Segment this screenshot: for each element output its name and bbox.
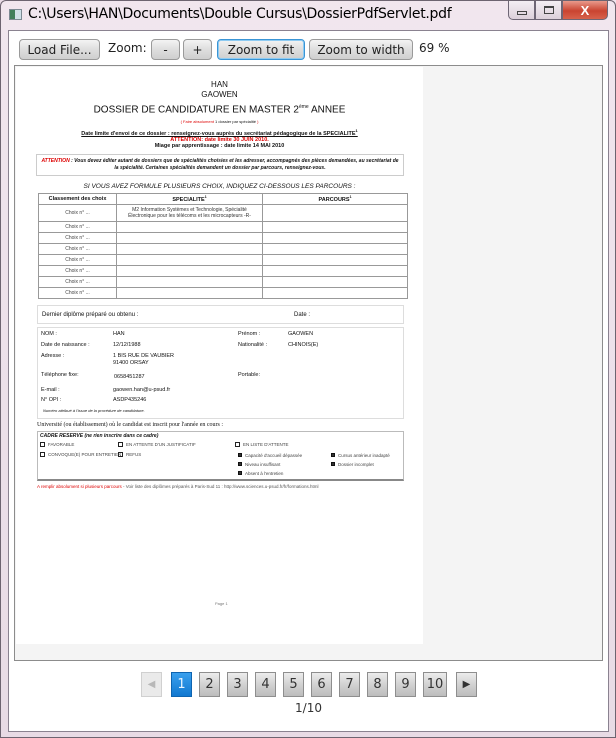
page-button-8[interactable]: 8 (367, 672, 388, 697)
col-header-sup: 1 (205, 195, 207, 199)
opi-note: Numéro attribué à l'issue de la procédur… (43, 408, 145, 413)
speciality-cell (117, 243, 263, 254)
email-value: gaowen.han@u-psud.fr (113, 387, 170, 393)
load-file-button[interactable]: Load File... (19, 39, 100, 60)
speciality-cell (117, 276, 263, 287)
doc-last-name: HAN (16, 80, 423, 90)
page-button-7[interactable]: 7 (339, 672, 360, 697)
zoom-label: Zoom: (108, 41, 147, 55)
page-button-2[interactable]: 2 (199, 672, 220, 697)
reason-label: Dossier incomplet (338, 462, 374, 467)
zoom-to-fit-button[interactable]: Zoom to fit (217, 39, 305, 60)
dob-label: Date de naissance : (41, 342, 90, 348)
doc-title: DOSSIER DE CANDIDATURE EN MASTER 2ème AN… (16, 101, 423, 116)
zoom-out-button[interactable]: - (151, 39, 180, 60)
page-button-3[interactable]: 3 (227, 672, 248, 697)
speciality-cell (117, 265, 263, 276)
table-row: Choix n° ... (39, 232, 408, 243)
reason-level: Niveau insuffisant (238, 462, 280, 467)
checkbox-icon (40, 442, 45, 447)
option-label: CONVOQUE(E) POUR ENTRETIEN (48, 452, 121, 457)
app-icon (9, 9, 22, 20)
rank-cell: Choix n° ... (39, 204, 117, 221)
checkbox-icon (238, 462, 242, 466)
pdf-page: HAN GAOWEN DOSSIER DE CANDIDATURE EN MAS… (16, 67, 423, 644)
address-line2: 91400 ORSAY (113, 360, 149, 366)
page-button-9[interactable]: 9 (395, 672, 416, 697)
pagination: ◀ 12345678910 ▶ 1/10 (9, 672, 608, 702)
parcours-cell (263, 232, 408, 243)
option-label: EN LISTE D'ATTENTE (243, 442, 289, 447)
reserved-box: CADRE RESERVE (ne rien inscrire dans ce … (37, 431, 404, 481)
table-row: Choix n° ... (39, 276, 408, 287)
option-label: EN ATTENTE D'UN JUSTIFICATIF (126, 442, 196, 447)
reason-absent: Absent à l'entretien (238, 471, 283, 476)
phone-value: 0658451287 (114, 374, 145, 380)
parcours-cell (263, 276, 408, 287)
university-label: Université (ou établissement) où le cand… (37, 422, 423, 428)
prev-arrow-icon: ◀ (148, 679, 156, 690)
diploma-date-label: Date : (294, 312, 310, 318)
nationality-value: CHINOIS(E) (288, 342, 318, 348)
speciality-cell (117, 287, 263, 298)
option-label: REFUS (126, 452, 141, 457)
parcours-cell (263, 254, 408, 265)
speciality-cell: M2 Information Systèmes et Technologie, … (117, 204, 263, 221)
nom-label: NOM : (41, 331, 57, 337)
minimize-icon (517, 11, 527, 15)
parcours-cell (263, 243, 408, 254)
parcours-cell (263, 287, 408, 298)
reason-capacity: Capacité d'accueil dépassée (238, 453, 302, 458)
col-header-speciality-text: SPECIALITE (172, 197, 204, 203)
pdf-viewer[interactable]: HAN GAOWEN DOSSIER DE CANDIDATURE EN MAS… (14, 65, 603, 661)
reason-label: Niveau insuffisant (245, 462, 280, 467)
close-icon: X (581, 3, 590, 18)
speciality-cell (117, 232, 263, 243)
col-header-rank: Classement des choix (39, 194, 117, 205)
checkbox-icon (118, 452, 123, 457)
option-waiting-list: EN LISTE D'ATTENTE (235, 442, 289, 447)
address-line1: 1 BIS RUE DE VAUBIER (113, 353, 174, 359)
attention-label: ATTENTION (41, 158, 69, 164)
doc-title-end: ANNEE (309, 104, 346, 115)
prev-page-button[interactable]: ◀ (141, 672, 162, 697)
checkbox-icon (331, 453, 335, 457)
footnote: A remplir absolument si plusieurs parcou… (37, 484, 423, 489)
page-indicator: 1/10 (9, 701, 608, 715)
rank-cell: Choix n° ... (39, 221, 117, 232)
page-button-1[interactable]: 1 (171, 672, 192, 697)
checkbox-icon (238, 453, 242, 457)
reason-cursus: Cursus antérieur inadapté (331, 453, 390, 458)
rank-cell: Choix n° ... (39, 276, 117, 287)
window-controls: X (508, 1, 608, 20)
client-area: Load File... Zoom: - + Zoom to fit Zoom … (8, 30, 609, 732)
doc-first-name: GAOWEN (16, 90, 423, 100)
option-refused: REFUS (118, 452, 141, 457)
page-button-4[interactable]: 4 (255, 672, 276, 697)
table-row: Choix n° ... (39, 243, 408, 254)
parcours-cell (263, 221, 408, 232)
speciality-cell (117, 254, 263, 265)
close-button[interactable]: X (562, 1, 608, 20)
option-label: FAVORABLE (48, 442, 74, 447)
dob-value: 12/12/1988 (113, 342, 141, 348)
one-dossier-note: ( Faire absolument 1 dossier par spécial… (16, 119, 423, 124)
rank-cell: Choix n° ... (39, 265, 117, 276)
miage-deadline: Miage par apprentissage : date limite 14… (16, 143, 423, 149)
mobile-label: Portable: (238, 372, 260, 378)
page-number-footer: Page 1 (215, 601, 228, 606)
checkbox-icon (118, 442, 123, 447)
one-dossier-black: 1 dossier par spécialité (215, 119, 256, 124)
application-window: C:\Users\HAN\Documents\Double Cursus\Dos… (0, 0, 616, 738)
nom-value: HAN (113, 331, 125, 337)
toolbar: Load File... Zoom: - + Zoom to fit Zoom … (9, 31, 608, 65)
diploma-label: Dernier diplôme préparé ou obtenu : (42, 312, 138, 318)
table-row: Choix n° ... (39, 265, 408, 276)
zoom-level: 69 % (419, 41, 450, 55)
reserved-header: CADRE RESERVE (ne rien inscrire dans ce … (40, 433, 158, 439)
next-arrow-icon: ▶ (463, 679, 471, 690)
zoom-to-width-button[interactable]: Zoom to width (309, 39, 413, 60)
rank-cell: Choix n° ... (39, 254, 117, 265)
identity-box: NOM : HAN Prénom : GAOWEN Date de naissa… (37, 327, 404, 419)
one-dossier-end: ) (256, 119, 258, 124)
attention-box: ATTENTION : Vous devez éditer autant de … (36, 154, 404, 176)
prenom-label: Prénom : (238, 331, 260, 337)
diploma-box: Dernier diplôme préparé ou obtenu : Date… (37, 305, 404, 324)
address-label: Adresse : (41, 353, 64, 359)
rank-cell: Choix n° ... (39, 243, 117, 254)
prenom-value: GAOWEN (288, 331, 313, 337)
title-bar[interactable]: C:\Users\HAN\Documents\Double Cursus\Dos… (1, 1, 615, 29)
doc-title-text: DOSSIER DE CANDIDATURE EN MASTER 2 (94, 104, 299, 115)
table-row: Choix n° ... (39, 221, 408, 232)
footnote-text: - Voir liste des diplômes préparés à Par… (122, 484, 319, 489)
window-title: C:\Users\HAN\Documents\Double Cursus\Dos… (28, 6, 451, 22)
opi-label: N° OPI : (41, 397, 61, 403)
option-favorable: FAVORABLE (40, 442, 74, 447)
col-header-parcours-text: PARCOURS (318, 197, 349, 203)
checkbox-icon (331, 462, 335, 466)
attention-text: : Vous devez éditer autant de dossiers q… (70, 158, 399, 171)
phone-label: Téléphone fixe: (41, 372, 79, 378)
option-interview: CONVOQUE(E) POUR ENTRETIEN (40, 452, 121, 457)
table-row: Choix n° ... (39, 287, 408, 298)
deadline-sup: 1 (356, 128, 358, 133)
parcours-cell (263, 204, 408, 221)
opi-value: ASDP435246 (113, 397, 146, 403)
minimize-button[interactable] (508, 1, 535, 20)
reason-label: Cursus antérieur inadapté (338, 453, 390, 458)
maximize-icon (544, 6, 554, 14)
email-label: E-mail : (41, 387, 60, 393)
table-row: Choix n° ...M2 Information Systèmes et T… (39, 204, 408, 221)
reason-label: Absent à l'entretien (245, 471, 283, 476)
col-header-speciality: SPECIALITE1 (117, 194, 263, 205)
zoom-in-button[interactable]: + (183, 39, 212, 60)
rank-cell: Choix n° ... (39, 232, 117, 243)
doc-title-sup: ème (299, 104, 309, 110)
choices-table: Classement des choix SPECIALITE1 PARCOUR… (38, 193, 408, 299)
checkbox-icon (238, 471, 242, 475)
page-button-5[interactable]: 5 (283, 672, 304, 697)
maximize-button[interactable] (535, 1, 562, 20)
parcours-cell (263, 265, 408, 276)
reason-label: Capacité d'accueil dépassée (245, 453, 302, 458)
page-button-6[interactable]: 6 (311, 672, 332, 697)
col-header-sup: 1 (350, 195, 352, 199)
option-waiting-proof: EN ATTENTE D'UN JUSTIFICATIF (118, 442, 196, 447)
one-dossier-red: ( Faire absolument (181, 119, 215, 124)
reason-incomplete: Dossier incomplet (331, 462, 374, 467)
checkbox-icon (235, 442, 240, 447)
speciality-cell (117, 221, 263, 232)
col-header-parcours: PARCOURS1 (263, 194, 408, 205)
footnote-red: A remplir absolument si plusieurs parcou… (37, 484, 122, 489)
deadline-text: Date limite d'envoi de ce dossier : rens… (16, 128, 423, 137)
next-page-button[interactable]: ▶ (456, 672, 477, 697)
page-button-10[interactable]: 10 (423, 672, 447, 697)
checkbox-icon (40, 452, 45, 457)
rank-cell: Choix n° ... (39, 287, 117, 298)
nationality-label: Nationalité : (238, 342, 267, 348)
table-row: Choix n° ... (39, 254, 408, 265)
choices-title: SI VOUS AVEZ FORMULE PLUSIEURS CHOIX, IN… (16, 183, 423, 190)
